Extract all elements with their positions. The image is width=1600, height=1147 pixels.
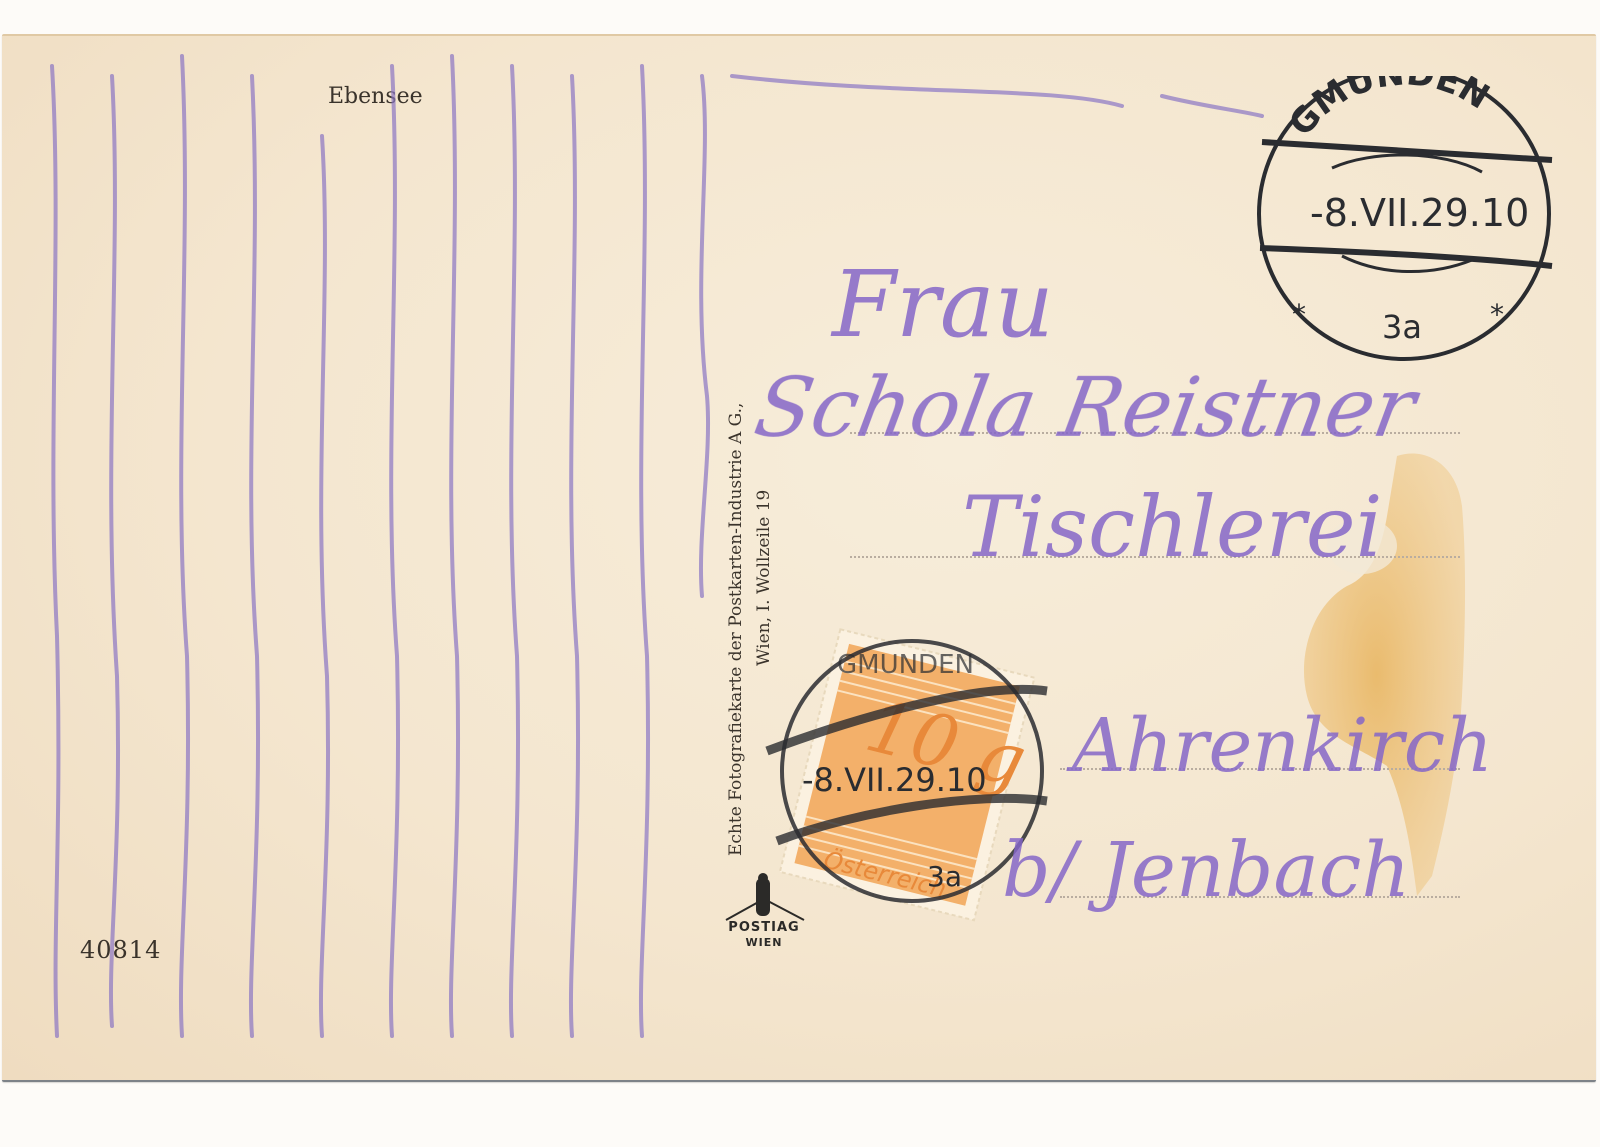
stain-mark xyxy=(1287,436,1517,906)
card-number: 40814 xyxy=(80,936,161,964)
address-line xyxy=(1060,896,1460,898)
address-line xyxy=(850,556,1460,558)
postmark-star-right: * xyxy=(1490,298,1504,331)
stamp-postmark-code: 3a xyxy=(927,860,962,893)
address-line xyxy=(1060,768,1460,770)
postcard-back: Ebensee 40814 Echte Fotografiekarte der … xyxy=(2,34,1596,1082)
publisher-line-1: Echte Fotografiekarte der Postkarten-Ind… xyxy=(722,403,750,856)
postmark-town: GMUNDEN xyxy=(1281,76,1496,144)
postage-stamp: 10 g Österreich -8.VII.29.10 3a GMUNDEN xyxy=(747,611,1077,941)
postmark-star-left: * xyxy=(1292,298,1306,331)
address-line-1: Frau xyxy=(830,251,1054,358)
stamp-postmark-town: GMUNDEN xyxy=(837,650,974,680)
address-line xyxy=(850,432,1460,434)
postmark-date: -8.VII.29.10 xyxy=(1310,191,1529,235)
postcard-title: Ebensee xyxy=(328,84,423,109)
postmark-code: 3a xyxy=(1382,308,1422,346)
stamp-postmark-date: -8.VII.29.10 xyxy=(802,761,987,799)
postmark-gmunden: GMUNDEN -8.VII.29.10 * * 3a xyxy=(1252,76,1572,366)
